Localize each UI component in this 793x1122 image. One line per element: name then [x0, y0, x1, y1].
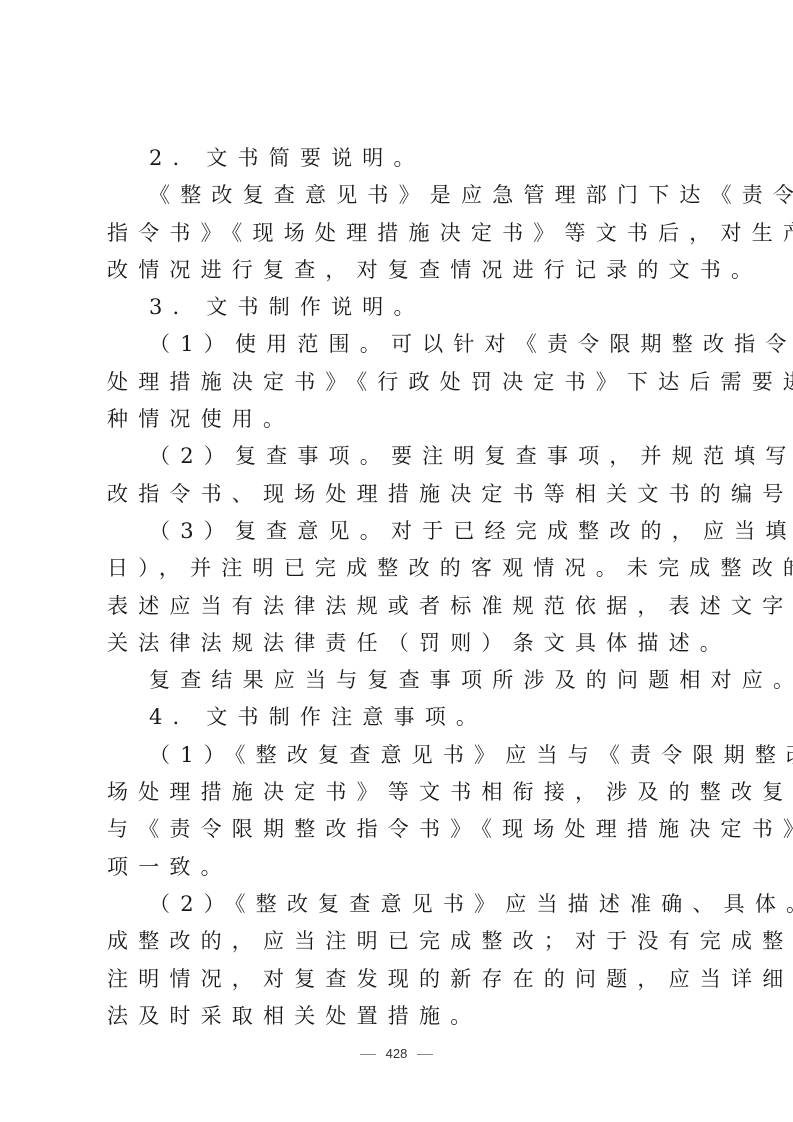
- section-heading-3: 3. 文书制作说明。: [107, 289, 697, 326]
- paragraph-line: 改情况进行复查，对复查情况进行记录的文书。: [107, 252, 697, 289]
- paragraph-line: （1）《整改复查意见书》应当与《责令限期整改指令书》《现: [107, 737, 697, 774]
- paragraph-line: （3）复查意见。对于已经完成整改的，应当填写复查时（当: [107, 513, 697, 550]
- paragraph-line: 法及时采取相关处置措施。: [107, 998, 697, 1035]
- paragraph-line: 表述应当有法律法规或者标准规范依据，表述文字应当紧扣相: [107, 588, 697, 625]
- paragraph-line: 项一致。: [107, 849, 697, 886]
- paragraph-line: （2）《整改复查意见书》应当描述准确、具体。对于已完: [107, 886, 697, 923]
- paragraph-line: 复查结果应当与复查事项所涉及的问题相对应。: [107, 662, 697, 699]
- paragraph-line: 成整改的，应当注明已完成整改；对于没有完成整改的，应当: [107, 923, 697, 960]
- paragraph-line: 处理措施决定书》《行政处罚决定书》下达后需要进行复查等多: [107, 364, 697, 401]
- footer-dash-left: [360, 1054, 376, 1055]
- paragraph-line: 指令书》《现场处理措施决定书》等文书后，对生产经营单位整: [107, 215, 697, 252]
- paragraph-line: 《整改复查意见书》是应急管理部门下达《责令限期整改: [107, 177, 697, 214]
- paragraph-line: （2）复查事项。要注明复查事项，并规范填写责令限期整: [107, 438, 697, 475]
- page-footer: 428: [0, 1046, 793, 1061]
- paragraph-line: 注明情况，对复查发现的新存在的问题，应当详细列明，并依: [107, 961, 697, 998]
- paragraph-line: （1）使用范围。可以针对《责令限期整改指令书》《现场: [107, 326, 697, 363]
- section-heading-4: 4. 文书制作注意事项。: [107, 699, 697, 736]
- footer-dash-right: [417, 1054, 433, 1055]
- body-text: 2. 文书简要说明。 《整改复查意见书》是应急管理部门下达《责令限期整改 指令书…: [107, 140, 697, 1035]
- paragraph-line: 关法律法规法律责任（罚则）条文具体描述。: [107, 625, 697, 662]
- document-page: 2. 文书简要说明。 《整改复查意见书》是应急管理部门下达《责令限期整改 指令书…: [0, 0, 793, 1122]
- page-number: 428: [386, 1046, 408, 1061]
- paragraph-line: 种情况使用。: [107, 401, 697, 438]
- paragraph-line: 日），并注明已完成整改的客观情况。未完成整改的，复查情况: [107, 550, 697, 587]
- paragraph-line: 改指令书、现场处理措施决定书等相关文书的编号。: [107, 476, 697, 513]
- section-heading-2: 2. 文书简要说明。: [107, 140, 697, 177]
- paragraph-line: 与《责令限期整改指令书》《现场处理措施决定书》等文书的事: [107, 811, 697, 848]
- paragraph-line: 场处理措施决定书》等文书相衔接，涉及的整改复查事项应当: [107, 774, 697, 811]
